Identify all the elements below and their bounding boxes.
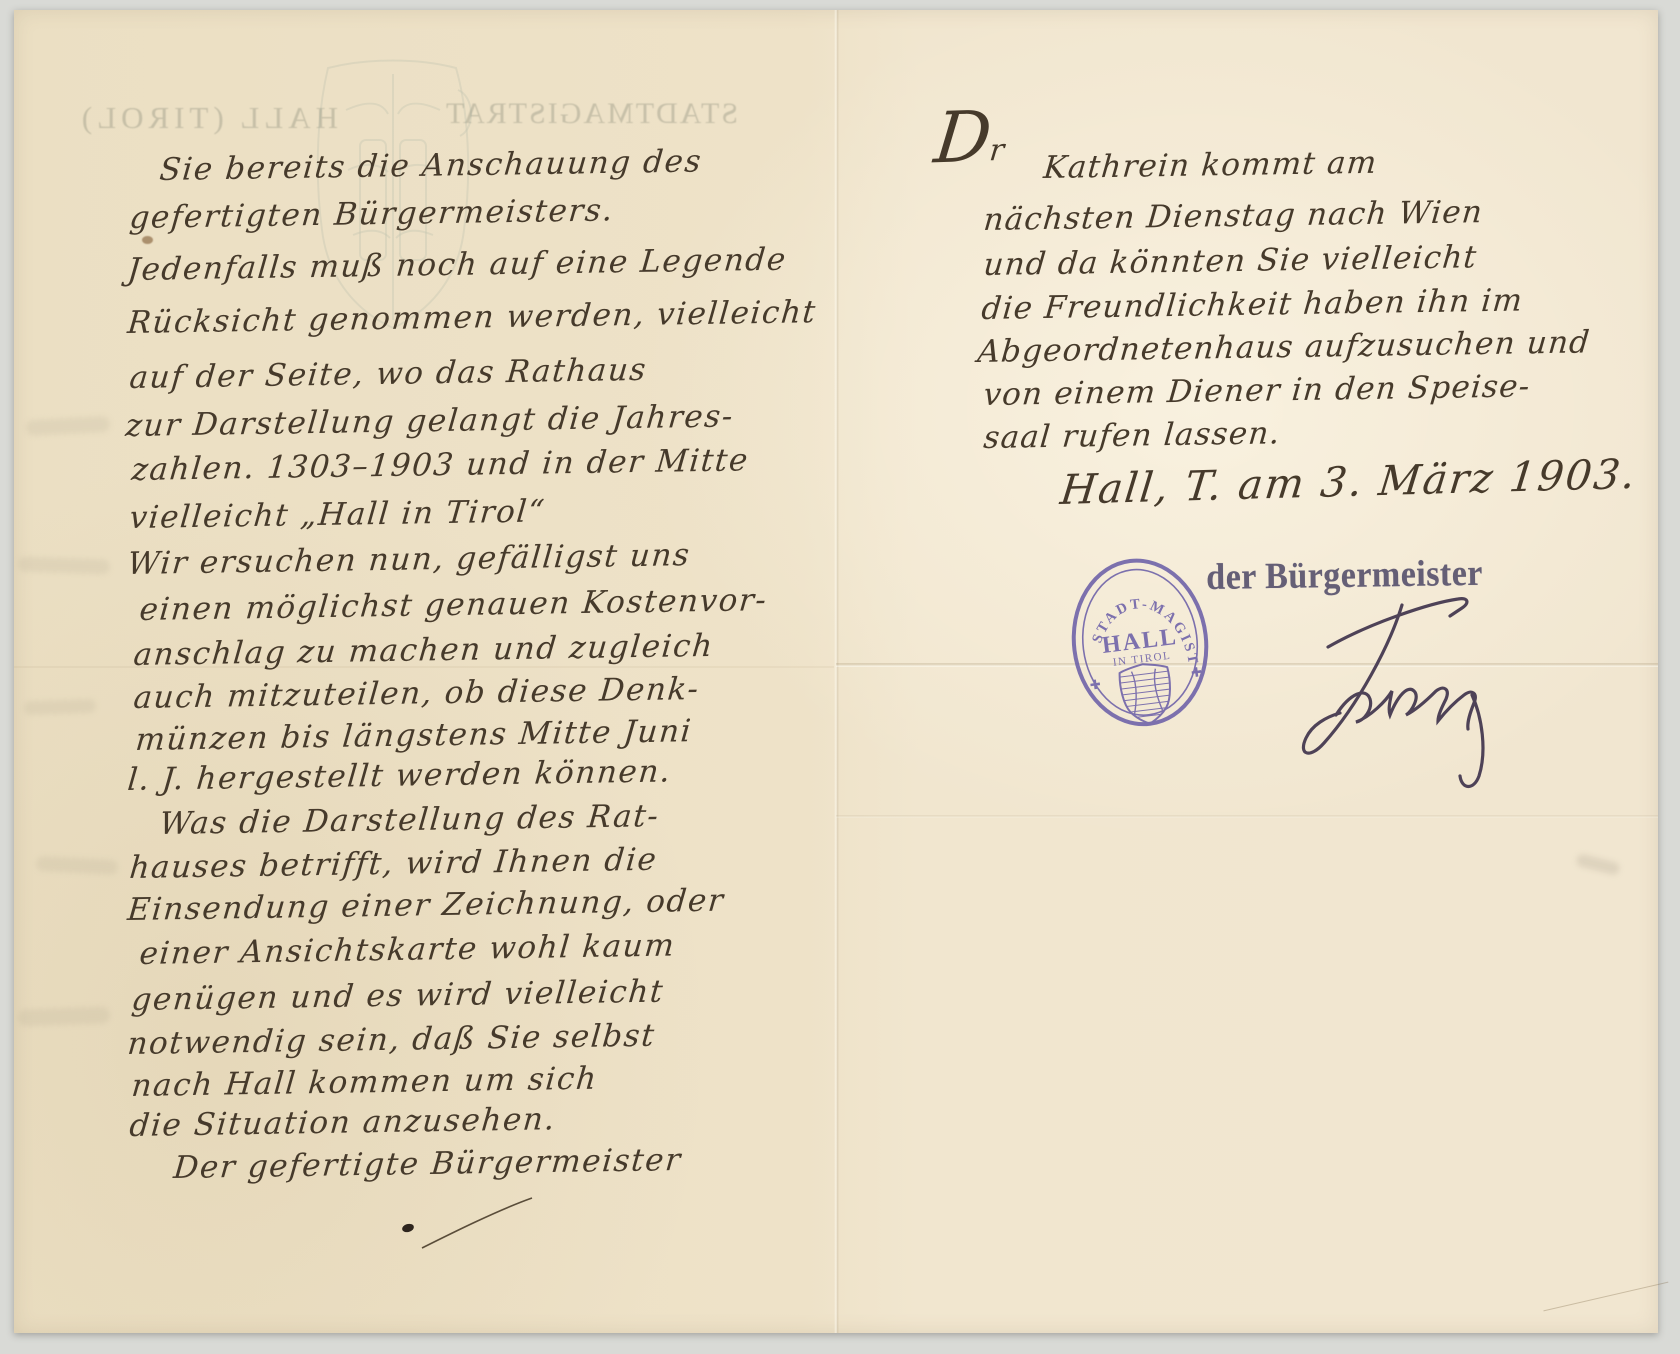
ghost-letterhead-right: STADTMAGISTRAT (494, 97, 738, 131)
bleed-through-mark (24, 699, 96, 716)
letter-scan: HALL (TIROL) STADTMAGISTRAT Sie bereits … (0, 0, 1680, 1354)
handwritten-line: vielleicht „Hall in Tirol“ (128, 493, 547, 536)
bleed-through-mark (18, 556, 110, 574)
handwritten-line: saal rufen lassen. (982, 415, 1282, 456)
handwritten-line: die Situation anzusehen. (128, 1101, 558, 1144)
buergermeister-office-stamp: der Bürgermeister (1206, 552, 1483, 599)
handwritten-line: gefertigten Bürgermeisters. (128, 192, 616, 236)
bleed-through-mark (18, 1006, 111, 1026)
ghost-letterhead-left: HALL (TIROL) (86, 100, 338, 136)
handwritten-line: nach Hall kommen um sich (130, 1061, 599, 1104)
handwritten-line: Kathrein kommt am (1042, 145, 1379, 186)
letter-initial-dr: Dr (931, 95, 1010, 180)
